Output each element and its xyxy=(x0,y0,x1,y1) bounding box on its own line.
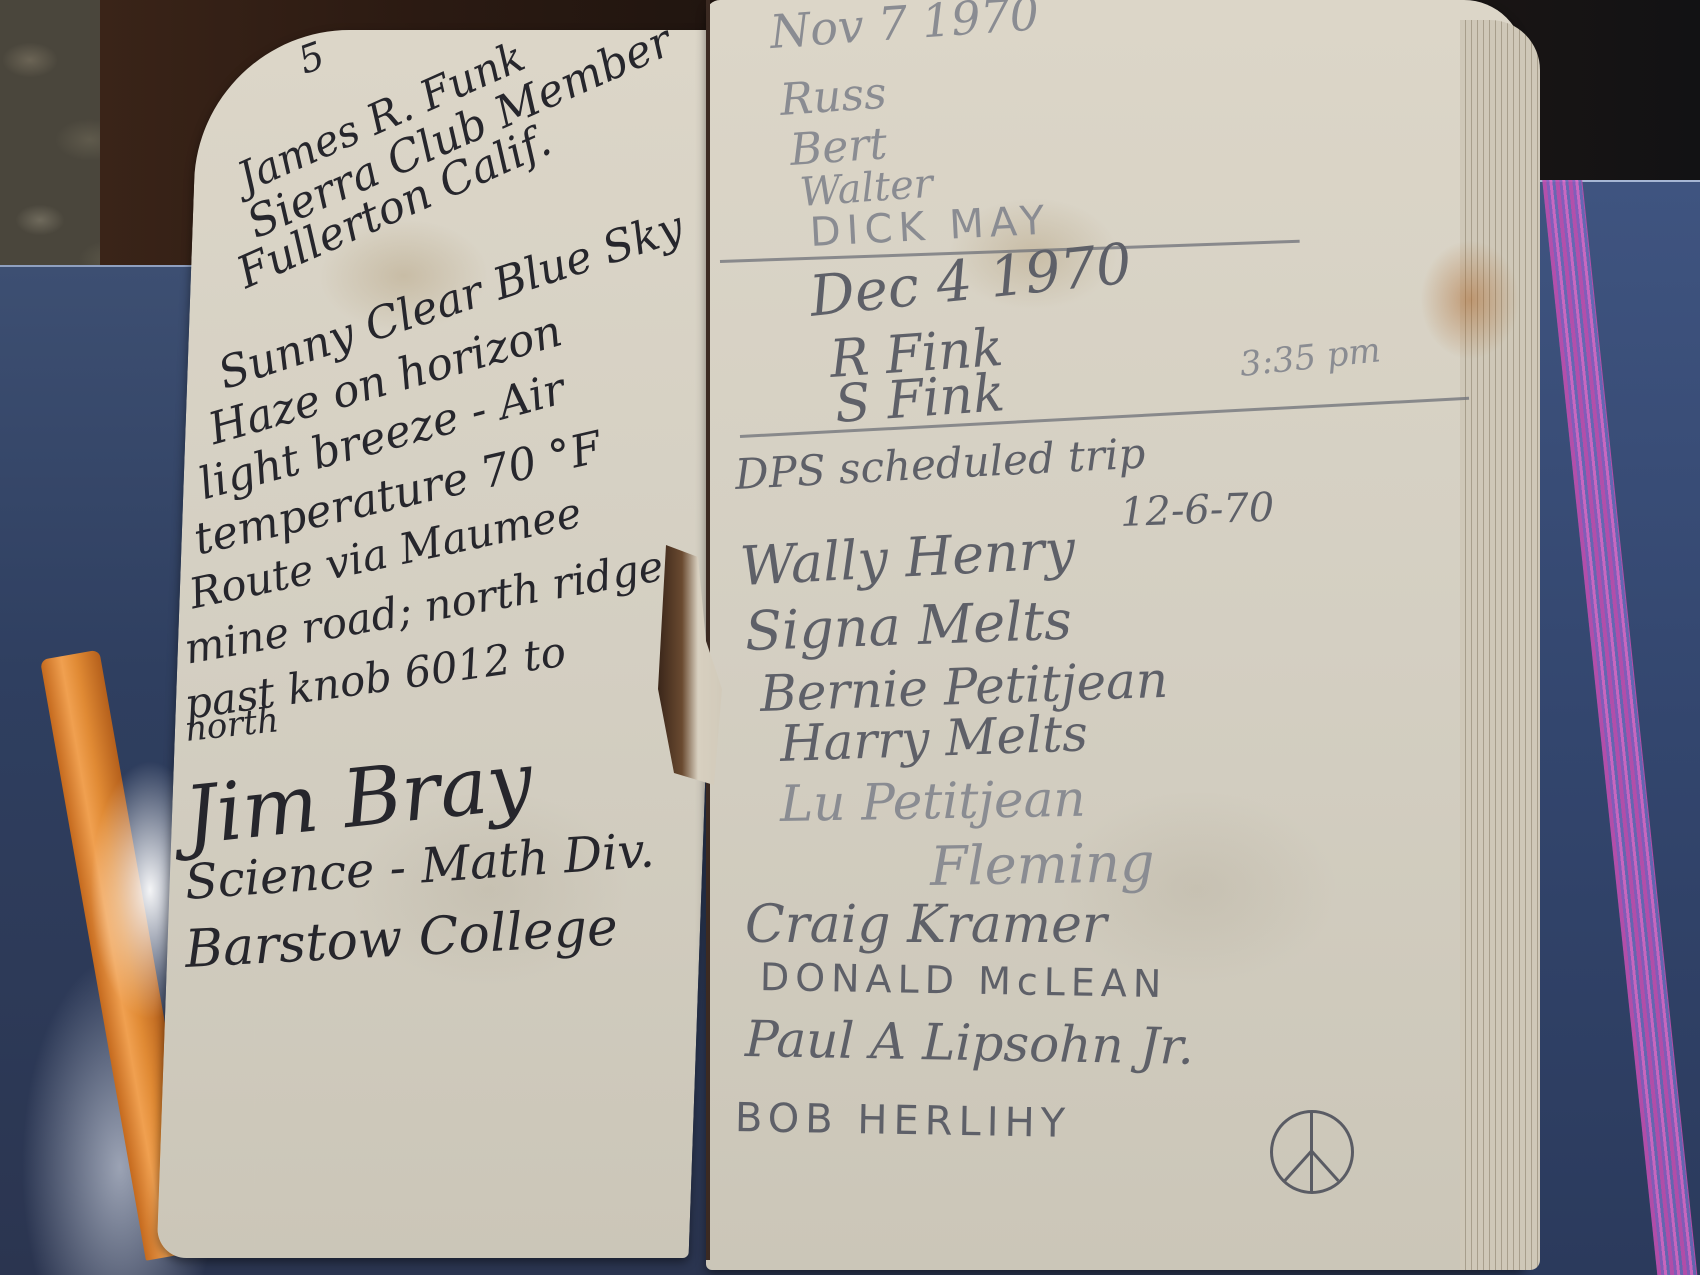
peace-sign-stroke xyxy=(1310,1150,1339,1182)
peace-sign-icon xyxy=(1270,1110,1354,1194)
trip-date: 12-6-70 xyxy=(1119,485,1275,536)
climber-name: Signa Melts xyxy=(744,589,1073,663)
climber-name: Paul A Lipsohn Jr. xyxy=(744,1010,1194,1076)
climber-name: Craig Kramer xyxy=(745,895,1107,955)
notebook-page-edges xyxy=(1460,20,1540,1270)
notebook-spine xyxy=(706,0,710,1260)
entry-name: Russ xyxy=(778,68,888,126)
climber-name: DONALD McLEAN xyxy=(760,955,1168,1006)
peace-sign-stroke xyxy=(1284,1150,1313,1182)
climber-name: Lu Petitjean xyxy=(779,770,1086,833)
climber-name: Harry Melts xyxy=(779,704,1089,773)
rust-stain xyxy=(1420,240,1520,360)
climber-name: Fleming xyxy=(929,831,1155,898)
photo-scene: 5 James R. Funk Sierra Club Member Fulle… xyxy=(0,0,1700,1275)
climber-name: BOB HERLIHY xyxy=(735,1095,1072,1147)
